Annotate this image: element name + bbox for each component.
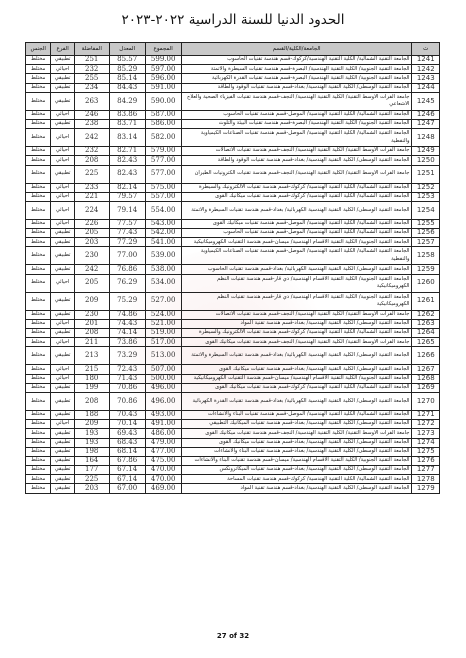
row-branch: تطبيقي — [51, 92, 74, 110]
row-seq: 1256 — [412, 229, 440, 238]
row-description: الجامعة التقنية الجنوبية/ الكلية التقنية… — [181, 274, 412, 292]
row-description: جامعة الفرات الاوسط التقنية/ الكلية التق… — [181, 147, 412, 156]
row-description: الجامعة التقنية الشمالية/ الكلية التقنية… — [181, 219, 412, 228]
row-branch: احيائي — [51, 319, 74, 328]
row-branch: احيائي — [51, 219, 74, 228]
row-gender: مختلط — [26, 201, 51, 219]
row-seq: 1268 — [412, 374, 440, 383]
row-competition-score: 193 — [74, 429, 109, 438]
row-description: الجامعة التقنية الوسطى/ الكلية التقنية ا… — [181, 83, 412, 92]
row-average: 82.71 — [109, 147, 145, 156]
row-total: 577.00 — [145, 165, 181, 183]
row-average: 70.86 — [109, 383, 145, 392]
row-gender: مختلط — [26, 265, 51, 274]
row-total: 507.00 — [145, 365, 181, 374]
header-gender: الجنس — [26, 43, 51, 56]
row-average: 73.29 — [109, 347, 145, 365]
table-row: 1252الجامعة التقنية الشمالية/ الكلية الت… — [26, 183, 440, 192]
table-row: 1266الجامعة التقنية الوسطى/ الكلية التقن… — [26, 347, 440, 365]
row-gender: مختلط — [26, 229, 51, 238]
header-desc: الجامعة/الكلية/القسم — [181, 43, 412, 56]
row-average: 83.71 — [109, 119, 145, 128]
row-total: 597.00 — [145, 65, 181, 74]
row-average: 67.14 — [109, 466, 145, 475]
row-seq: 1276 — [412, 456, 440, 465]
table-row: 1248الجامعة التقنية الشمالية/ الكلية الت… — [26, 129, 440, 147]
row-branch: احيائي — [51, 147, 74, 156]
row-description: جامعة الفرات الاوسط التقنية/ الكلية التق… — [181, 338, 412, 347]
row-total: 575.00 — [145, 183, 181, 192]
row-average: 84.43 — [109, 83, 145, 92]
row-gender: مختلط — [26, 365, 51, 374]
table-row: 1258الجامعة التقنية الشمالية/ الكلية الت… — [26, 247, 440, 265]
row-average: 67.00 — [109, 484, 145, 493]
row-gender: مختلط — [26, 183, 51, 192]
row-total: 539.00 — [145, 247, 181, 265]
row-seq: 1259 — [412, 265, 440, 274]
table-row: 1247الجامعة التقنية الجنوبية/ الكلية الت… — [26, 119, 440, 128]
row-seq: 1262 — [412, 310, 440, 319]
row-description: الجامعة التقنية الوسطى/ الكلية التقنية ا… — [181, 265, 412, 274]
row-total: 579.00 — [145, 147, 181, 156]
row-average: 74.14 — [109, 329, 145, 338]
row-branch: تطبيقي — [51, 484, 74, 493]
row-branch: تطبيقي — [51, 265, 74, 274]
row-branch: احيائي — [51, 65, 74, 74]
row-average: 79.14 — [109, 201, 145, 219]
row-competition-score: 224 — [74, 201, 109, 219]
row-branch: احيائي — [51, 274, 74, 292]
row-average: 67.14 — [109, 475, 145, 484]
row-average: 82.43 — [109, 165, 145, 183]
table-row: 1279الجامعة التقنية الوسطى/ الكلية التقن… — [26, 484, 440, 493]
row-seq: 1271 — [412, 410, 440, 419]
row-average: 84.29 — [109, 92, 145, 110]
row-seq: 1274 — [412, 438, 440, 447]
row-total: 524.00 — [145, 310, 181, 319]
row-gender: مختلط — [26, 438, 51, 447]
row-competition-score: 242 — [74, 265, 109, 274]
table-row: 1261الجامعة التقنية الجنوبية/ الكلية الت… — [26, 292, 440, 310]
row-seq: 1254 — [412, 201, 440, 219]
row-gender: مختلط — [26, 156, 51, 165]
header-branch: الفرع — [51, 43, 74, 56]
table-row: 1251جامعة الفرات الاوسط التقنية/ الكلية … — [26, 165, 440, 183]
row-seq: 1275 — [412, 447, 440, 456]
row-total: 521.00 — [145, 319, 181, 328]
row-total: 500.00 — [145, 374, 181, 383]
row-total: 577.00 — [145, 156, 181, 165]
row-seq: 1250 — [412, 156, 440, 165]
row-average: 68.43 — [109, 438, 145, 447]
row-competition-score: 242 — [74, 129, 109, 147]
row-gender: مختلط — [26, 147, 51, 156]
row-gender: مختلط — [26, 56, 51, 65]
table-row: 1265جامعة الفرات الاوسط التقنية/ الكلية … — [26, 338, 440, 347]
row-gender: مختلط — [26, 338, 51, 347]
page-title: الحدود الدنيا للسنة الدراسية ٢٠٢٢-٢٠٢٣ — [0, 12, 466, 28]
row-description: الجامعة التقنية الجنوبية/ الكلية التقنية… — [181, 456, 412, 465]
row-average: 77.57 — [109, 219, 145, 228]
row-branch: احيائي — [51, 365, 74, 374]
row-competition-score: 203 — [74, 238, 109, 247]
row-average: 67.86 — [109, 456, 145, 465]
row-gender: مختلط — [26, 165, 51, 183]
row-description: الجامعة التقنية الوسطى/ الكلية التقنية ا… — [181, 420, 412, 429]
table-row: 1244الجامعة التقنية الوسطى/ الكلية التقن… — [26, 83, 440, 92]
row-total: 517.00 — [145, 338, 181, 347]
row-gender: مختلط — [26, 484, 51, 493]
row-seq: 1255 — [412, 219, 440, 228]
row-description: جامعة الفرات الاوسط التقنية/ الكلية التق… — [181, 429, 412, 438]
row-branch: احيائي — [51, 183, 74, 192]
row-total: 469.00 — [145, 484, 181, 493]
table-row: 1272الجامعة التقنية الوسطى/ الكلية التقن… — [26, 420, 440, 429]
row-description: الجامعة التقنية الجنوبية/ الكلية التقنية… — [181, 74, 412, 83]
row-competition-score: 208 — [74, 156, 109, 165]
row-description: الجامعة التقنية الوسطى/ الكلية التقنية ا… — [181, 156, 412, 165]
row-total: 496.00 — [145, 392, 181, 410]
row-total: 542.00 — [145, 229, 181, 238]
table-row: 1273جامعة الفرات الاوسط التقنية/ الكلية … — [26, 429, 440, 438]
row-branch: تطبيقي — [51, 466, 74, 475]
row-competition-score: 234 — [74, 83, 109, 92]
table-row: 1256الجامعة التقنية الشمالية/ الكلية الت… — [26, 229, 440, 238]
row-description: الجامعة التقنية الشمالية/ الكلية التقنية… — [181, 229, 412, 238]
row-branch: تطبيقي — [51, 247, 74, 265]
row-total: 479.00 — [145, 438, 181, 447]
table-row: 1250الجامعة التقنية الوسطى/ الكلية التقن… — [26, 156, 440, 165]
row-description: الجامعة التقنية الشمالية/ الكلية التقنية… — [181, 329, 412, 338]
row-description: الجامعة التقنية الوسطى/ الكلية التقنية ا… — [181, 438, 412, 447]
row-competition-score: 238 — [74, 119, 109, 128]
row-gender: مختلط — [26, 192, 51, 201]
row-gender: مختلط — [26, 238, 51, 247]
row-competition-score: 164 — [74, 456, 109, 465]
row-seq: 1253 — [412, 192, 440, 201]
row-description: الجامعة التقنية الوسطى/ الكلية التقنية ا… — [181, 484, 412, 493]
row-total: 534.00 — [145, 274, 181, 292]
table-header-row: ت الجامعة/الكلية/القسم المجموع المعدل ال… — [26, 43, 440, 56]
row-competition-score: 230 — [74, 310, 109, 319]
row-competition-score: 225 — [74, 475, 109, 484]
row-total: 486.00 — [145, 429, 181, 438]
row-branch: تطبيقي — [51, 447, 74, 456]
row-average: 77.29 — [109, 238, 145, 247]
row-description: الجامعة التقنية الوسطى/ الكلية التقنية ا… — [181, 392, 412, 410]
table-row: 1268الجامعة التقنية الجنوبية/ الكلية الت… — [26, 374, 440, 383]
row-branch: احيائي — [51, 338, 74, 347]
row-description: الجامعة التقنية الشمالية/ الكلية التقنية… — [181, 110, 412, 119]
row-seq: 1241 — [412, 56, 440, 65]
row-branch: احيائي — [51, 110, 74, 119]
row-seq: 1265 — [412, 338, 440, 347]
row-description: الجامعة التقنية الجنوبية/ الكلية التقنية… — [181, 65, 412, 74]
row-competition-score: 226 — [74, 219, 109, 228]
row-seq: 1277 — [412, 466, 440, 475]
row-average: 74.86 — [109, 310, 145, 319]
row-total: 519.00 — [145, 329, 181, 338]
table-row: 1262جامعة الفرات الاوسط التقنية/ الكلية … — [26, 310, 440, 319]
table-row: 1276الجامعة التقنية الجنوبية/ الكلية الت… — [26, 456, 440, 465]
row-competition-score: 232 — [74, 147, 109, 156]
row-total: 538.00 — [145, 265, 181, 274]
row-seq: 1242 — [412, 65, 440, 74]
row-description: الجامعة التقنية الشمالية/ الكلية التقنية… — [181, 56, 412, 65]
row-competition-score: 263 — [74, 92, 109, 110]
row-gender: مختلط — [26, 274, 51, 292]
row-average: 82.14 — [109, 183, 145, 192]
row-branch: احيائي — [51, 420, 74, 429]
row-total: 543.00 — [145, 219, 181, 228]
table-row: 1275الجامعة التقنية الوسطى/ الكلية التقن… — [26, 447, 440, 456]
row-average: 83.86 — [109, 110, 145, 119]
row-average: 71.43 — [109, 374, 145, 383]
row-gender: مختلط — [26, 292, 51, 310]
row-average: 76.86 — [109, 265, 145, 274]
row-seq: 1257 — [412, 238, 440, 247]
row-competition-score: 193 — [74, 438, 109, 447]
row-description: الجامعة التقنية الوسطى/ الكلية التقنية ا… — [181, 201, 412, 219]
row-competition-score: 225 — [74, 165, 109, 183]
row-competition-score: 251 — [74, 56, 109, 65]
row-branch: احيائي — [51, 192, 74, 201]
table-row: 1259الجامعة التقنية الوسطى/ الكلية التقن… — [26, 265, 440, 274]
header-compet: المفاضلة — [74, 43, 109, 56]
row-total: 590.00 — [145, 92, 181, 110]
table-row: 1254الجامعة التقنية الوسطى/ الكلية التقن… — [26, 201, 440, 219]
table-row: 1253الجامعة التقنية الشمالية/ الكلية الت… — [26, 192, 440, 201]
row-seq: 1245 — [412, 92, 440, 110]
table-row: 1249جامعة الفرات الاوسط التقنية/ الكلية … — [26, 147, 440, 156]
row-description: الجامعة التقنية الوسطى/ الكلية التقنية ا… — [181, 447, 412, 456]
table-body: 1241الجامعة التقنية الشمالية/ الكلية الت… — [26, 56, 440, 494]
row-average: 85.57 — [109, 56, 145, 65]
row-branch: احيائي — [51, 156, 74, 165]
row-gender: مختلط — [26, 420, 51, 429]
row-branch: تطبيقي — [51, 456, 74, 465]
row-seq: 1264 — [412, 329, 440, 338]
row-total: 470.00 — [145, 475, 181, 484]
row-seq: 1244 — [412, 83, 440, 92]
row-description: الجامعة التقنية الشمالية/ الكلية التقنية… — [181, 475, 412, 484]
row-gender: مختلط — [26, 466, 51, 475]
row-seq: 1247 — [412, 119, 440, 128]
row-branch: تطبيقي — [51, 292, 74, 310]
row-average: 83.14 — [109, 129, 145, 147]
table-row: 1241الجامعة التقنية الشمالية/ الكلية الت… — [26, 56, 440, 65]
row-competition-score: 208 — [74, 392, 109, 410]
row-seq: 1273 — [412, 429, 440, 438]
row-gender: مختلط — [26, 129, 51, 147]
row-description: الجامعة التقنية الشمالية/ الكلية التقنية… — [181, 129, 412, 147]
row-competition-score: 209 — [74, 420, 109, 429]
row-total: 587.00 — [145, 110, 181, 119]
row-seq: 1260 — [412, 274, 440, 292]
row-description: الجامعة التقنية الوسطى/ الكلية التقنية ا… — [181, 347, 412, 365]
row-competition-score: 201 — [74, 319, 109, 328]
row-total: 475.00 — [145, 456, 181, 465]
table-row: 1246الجامعة التقنية الشمالية/ الكلية الت… — [26, 110, 440, 119]
row-total: 586.00 — [145, 119, 181, 128]
row-description: الجامعة التقنية الشمالية/ الكلية التقنية… — [181, 383, 412, 392]
row-gender: مختلط — [26, 347, 51, 365]
row-branch: تطبيقي — [51, 74, 74, 83]
row-gender: مختلط — [26, 383, 51, 392]
row-branch: تطبيقي — [51, 429, 74, 438]
row-average: 69.43 — [109, 429, 145, 438]
row-branch: تطبيقي — [51, 329, 74, 338]
table-row: 1278الجامعة التقنية الشمالية/ الكلية الت… — [26, 475, 440, 484]
row-average: 85.14 — [109, 74, 145, 83]
table-row: 1243الجامعة التقنية الجنوبية/ الكلية الت… — [26, 74, 440, 83]
table-row: 1269الجامعة التقنية الشمالية/ الكلية الت… — [26, 383, 440, 392]
table-row: 1242الجامعة التقنية الجنوبية/ الكلية الت… — [26, 65, 440, 74]
table-row: 1270الجامعة التقنية الوسطى/ الكلية التقن… — [26, 392, 440, 410]
row-competition-score: 198 — [74, 447, 109, 456]
row-total: 591.00 — [145, 83, 181, 92]
row-branch: تطبيقي — [51, 83, 74, 92]
table-row: 1277الجامعة التقنية الوسطى/ الكلية التقن… — [26, 466, 440, 475]
row-seq: 1272 — [412, 420, 440, 429]
row-total: 493.00 — [145, 410, 181, 419]
row-total: 491.00 — [145, 420, 181, 429]
row-average: 79.57 — [109, 192, 145, 201]
row-description: الجامعة التقنية الوسطى/ الكلية التقنية ا… — [181, 365, 412, 374]
table-row: 1271الجامعة التقنية الشمالية/ الكلية الت… — [26, 410, 440, 419]
row-competition-score: 177 — [74, 466, 109, 475]
row-gender: مختلط — [26, 374, 51, 383]
row-gender: مختلط — [26, 319, 51, 328]
row-description: الجامعة التقنية الجنوبية/ الكلية التقنية… — [181, 374, 412, 383]
row-total: 477.00 — [145, 447, 181, 456]
row-average: 70.43 — [109, 410, 145, 419]
table-row: 1260الجامعة التقنية الجنوبية/ الكلية الت… — [26, 274, 440, 292]
row-seq: 1252 — [412, 183, 440, 192]
row-average: 85.29 — [109, 65, 145, 74]
row-average: 77.00 — [109, 247, 145, 265]
row-gender: مختلط — [26, 475, 51, 484]
header-total: المجموع — [145, 43, 181, 56]
header-seq: ت — [412, 43, 440, 56]
table-row: 1264الجامعة التقنية الشمالية/ الكلية الت… — [26, 329, 440, 338]
row-branch: تطبيقي — [51, 410, 74, 419]
row-seq: 1263 — [412, 319, 440, 328]
row-competition-score: 205 — [74, 274, 109, 292]
row-branch: احيائي — [51, 201, 74, 219]
row-description: الجامعة التقنية الشمالية/ الكلية التقنية… — [181, 410, 412, 419]
row-competition-score: 208 — [74, 329, 109, 338]
row-average: 70.86 — [109, 392, 145, 410]
row-seq: 1270 — [412, 392, 440, 410]
row-seq: 1269 — [412, 383, 440, 392]
row-gender: مختلط — [26, 247, 51, 265]
row-branch: تطبيقي — [51, 438, 74, 447]
row-seq: 1279 — [412, 484, 440, 493]
row-branch: تطبيقي — [51, 56, 74, 65]
row-seq: 1278 — [412, 475, 440, 484]
row-average: 77.43 — [109, 229, 145, 238]
row-branch: تطبيقي — [51, 229, 74, 238]
row-gender: مختلط — [26, 429, 51, 438]
table-row: 1245جامعة الفرات الاوسط التقنية/ الكلية … — [26, 92, 440, 110]
row-gender: مختلط — [26, 392, 51, 410]
row-seq: 1258 — [412, 247, 440, 265]
row-seq: 1267 — [412, 365, 440, 374]
row-total: 527.00 — [145, 292, 181, 310]
row-gender: مختلط — [26, 74, 51, 83]
table-row: 1255الجامعة التقنية الشمالية/ الكلية الت… — [26, 219, 440, 228]
header-avg: المعدل — [109, 43, 145, 56]
row-branch: تطبيقي — [51, 383, 74, 392]
row-gender: مختلط — [26, 119, 51, 128]
row-branch: تطبيقي — [51, 392, 74, 410]
table-row: 1274الجامعة التقنية الوسطى/ الكلية التقن… — [26, 438, 440, 447]
page-number: 27 of 32 — [0, 632, 466, 640]
row-seq: 1243 — [412, 74, 440, 83]
row-description: الجامعة التقنية الجنوبية/ الكلية التقنية… — [181, 238, 412, 247]
row-branch: تطبيقي — [51, 347, 74, 365]
row-description: جامعة الفرات الاوسط التقنية/ الكلية التق… — [181, 310, 412, 319]
row-average: 73.86 — [109, 338, 145, 347]
row-competition-score: 255 — [74, 74, 109, 83]
row-gender: مختلط — [26, 310, 51, 319]
row-gender: مختلط — [26, 410, 51, 419]
row-gender: مختلط — [26, 65, 51, 74]
row-average: 74.43 — [109, 319, 145, 328]
row-branch: احيائي — [51, 129, 74, 147]
row-competition-score: 209 — [74, 292, 109, 310]
row-description: الجامعة التقنية الوسطى/ الكلية التقنية ا… — [181, 319, 412, 328]
row-competition-score: 205 — [74, 229, 109, 238]
row-seq: 1249 — [412, 147, 440, 156]
row-gender: مختلط — [26, 456, 51, 465]
row-gender: مختلط — [26, 92, 51, 110]
row-average: 82.43 — [109, 156, 145, 165]
row-competition-score: 215 — [74, 365, 109, 374]
row-average: 70.14 — [109, 420, 145, 429]
row-branch: تطبيقي — [51, 238, 74, 247]
row-description: الجامعة التقنية الجنوبية/ الكلية التقنية… — [181, 119, 412, 128]
row-seq: 1248 — [412, 129, 440, 147]
table-row: 1267الجامعة التقنية الوسطى/ الكلية التقن… — [26, 365, 440, 374]
row-total: 582.00 — [145, 129, 181, 147]
row-seq: 1246 — [412, 110, 440, 119]
row-seq: 1251 — [412, 165, 440, 183]
row-total: 596.00 — [145, 74, 181, 83]
row-competition-score: 221 — [74, 192, 109, 201]
row-total: 557.00 — [145, 192, 181, 201]
row-seq: 1266 — [412, 347, 440, 365]
row-description: الجامعة التقنية الشمالية/ الكلية التقنية… — [181, 183, 412, 192]
row-average: 75.29 — [109, 292, 145, 310]
row-total: 470.00 — [145, 466, 181, 475]
row-description: جامعة الفرات الاوسط التقنية/ الكلية التق… — [181, 165, 412, 183]
row-branch: تطبيقي — [51, 310, 74, 319]
row-competition-score: 213 — [74, 347, 109, 365]
row-total: 513.00 — [145, 347, 181, 365]
row-competition-score: 232 — [74, 65, 109, 74]
row-total: 599.00 — [145, 56, 181, 65]
row-branch: تطبيقي — [51, 165, 74, 183]
row-competition-score: 180 — [74, 374, 109, 383]
row-average: 72.43 — [109, 365, 145, 374]
row-competition-score: 230 — [74, 247, 109, 265]
row-competition-score: 199 — [74, 383, 109, 392]
row-average: 68.14 — [109, 447, 145, 456]
row-gender: مختلط — [26, 110, 51, 119]
row-competition-score: 203 — [74, 484, 109, 493]
